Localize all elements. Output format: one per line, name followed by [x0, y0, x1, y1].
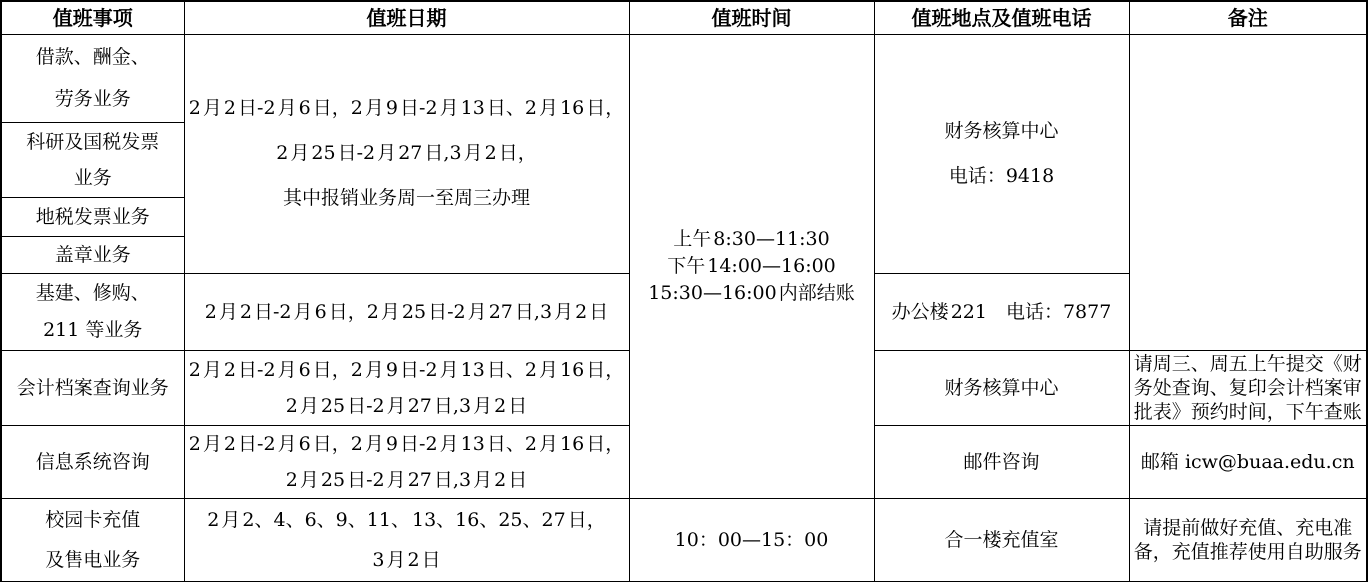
duty-schedule-page: 值班事项 值班日期 值班时间 值班地点及值班电话 备注 借款、酬金、 劳务业务 … [0, 0, 1370, 582]
cell-matter-info-system: 信息系统咨询 [1, 425, 184, 498]
cell-location-row-6: 财务核算中心 [874, 350, 1129, 425]
header-row: 值班事项 值班日期 值班时间 值班地点及值班电话 备注 [1, 1, 1367, 34]
cell-time-rows-1-7: 上午 8:30—11:30 下午 14:00—16:00 15:30—16:00… [629, 34, 874, 498]
cell-location-row-8: 合一楼充值室 [874, 498, 1129, 582]
cell-matter-construction: 基建、修购、 211 等业务 [1, 273, 184, 350]
col-header-duty-location: 值班地点及值班电话 [874, 1, 1129, 34]
col-header-duty-date: 值班日期 [184, 1, 629, 34]
cell-matter-campus-card: 校园卡充值 及售电业务 [1, 498, 184, 582]
col-header-remarks: 备注 [1129, 1, 1367, 34]
cell-matter-invoice-national: 科研及国税发票 业务 [1, 122, 184, 197]
cell-dates-row-6: 2 月 2 日-2 月 6 日，2 月 9 日-2 月 13 日、2 月 16 … [184, 350, 629, 425]
cell-dates-row-5: 2 月 2 日-2 月 6 日，2 月 25 日-2 月 27 日,3 月 2 … [184, 273, 629, 350]
cell-dates-row-8: 2 月 2、4、6、9、11、 13、16、25、27 日， 3 月 2 日 [184, 498, 629, 582]
duty-schedule-table: 值班事项 值班日期 值班时间 值班地点及值班电话 备注 借款、酬金、 劳务业务 … [0, 0, 1368, 582]
cell-matter-stamp: 盖章业务 [1, 236, 184, 273]
cell-remark-rows-1-5 [1129, 34, 1367, 350]
col-header-duty-time: 值班时间 [629, 1, 874, 34]
cell-time-row-8: 10：00—15：00 [629, 498, 874, 582]
cell-remark-row-7: 邮箱 icw@buaa.edu.cn [1129, 425, 1367, 498]
cell-matter-invoice-local: 地税发票业务 [1, 197, 184, 236]
cell-location-row-7: 邮件咨询 [874, 425, 1129, 498]
col-header-duty-matter: 值班事项 [1, 1, 184, 34]
cell-remark-row-6: 请周三、周五上午提交《财务处查询、复印会计档案审批表》预约时间，下午查账 [1129, 350, 1367, 425]
table-row: 借款、酬金、 劳务业务 2 月 2 日-2 月 6 日，2 月 9 日-2 月 … [1, 34, 1367, 122]
cell-matter-loan: 借款、酬金、 劳务业务 [1, 34, 184, 122]
cell-location-row-5: 办公楼 221 电话：7877 [874, 273, 1129, 350]
cell-matter-archives: 会计档案查询业务 [1, 350, 184, 425]
table-row: 校园卡充值 及售电业务 2 月 2、4、6、9、11、 13、16、25、27 … [1, 498, 1367, 582]
cell-dates-rows-1-4: 2 月 2 日-2 月 6 日，2 月 9 日-2 月 13 日、2 月 16 … [184, 34, 629, 273]
cell-remark-row-8: 请提前做好充值、充电准备，充值推荐使用自助服务 [1129, 498, 1367, 582]
cell-dates-row-7: 2 月 2 日-2 月 6 日，2 月 9 日-2 月 13 日、2 月 16 … [184, 425, 629, 498]
cell-location-rows-1-4: 财务核算中心 电话：9418 [874, 34, 1129, 273]
